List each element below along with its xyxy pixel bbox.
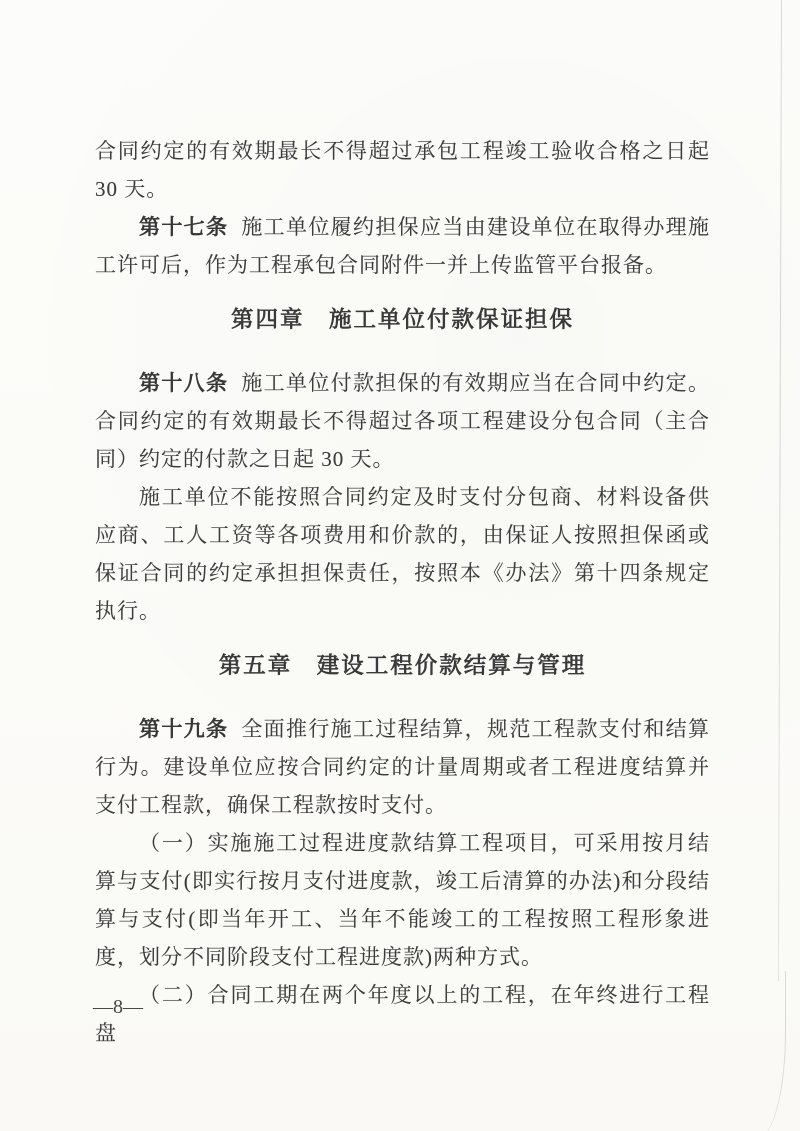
list-item-1: （一）实施施工过程进度款结算工程项目，可采用按月结算与支付(即实行按月支付进度款… (95, 824, 710, 976)
scan-crease-line (778, 0, 782, 981)
chapter-4-heading: 第四章 施工单位付款保证担保 (95, 302, 710, 338)
scan-crease-curl (757, 971, 786, 1131)
article-18-paragraph: 第十八条施工单位付款担保的有效期应当在合同中约定。合同约定的有效期最长不得超过各… (95, 364, 710, 478)
document-page: 合同约定的有效期最长不得超过承包工程竣工验收合格之日起 30 天。 第十七条施工… (0, 0, 800, 1131)
article-19-paragraph: 第十九条全面推行施工过程结算，规范工程款支付和结算行为。建设单位应按合同约定的计… (95, 710, 710, 824)
page-number: —8— (93, 996, 143, 1019)
article-19-label: 第十九条 (139, 717, 241, 741)
article-18-label: 第十八条 (139, 371, 241, 395)
list-item-2: （二）合同工期在两个年度以上的工程，在年终进行工程盘 (95, 976, 710, 1052)
chapter-5-heading: 第五章 建设工程价款结算与管理 (95, 648, 710, 684)
article-17-paragraph: 第十七条施工单位履约担保应当由建设单位在取得办理施工许可后，作为工程承包合同附件… (95, 208, 710, 284)
document-content: 合同约定的有效期最长不得超过承包工程竣工验收合格之日起 30 天。 第十七条施工… (95, 132, 710, 1052)
article-18-paragraph-2: 施工单位不能按照合同约定及时支付分包商、材料设备供应商、工人工资等各项费用和价款… (95, 478, 710, 630)
article-17-label: 第十七条 (139, 215, 241, 239)
paragraph-carryover: 合同约定的有效期最长不得超过承包工程竣工验收合格之日起 30 天。 (95, 132, 710, 208)
